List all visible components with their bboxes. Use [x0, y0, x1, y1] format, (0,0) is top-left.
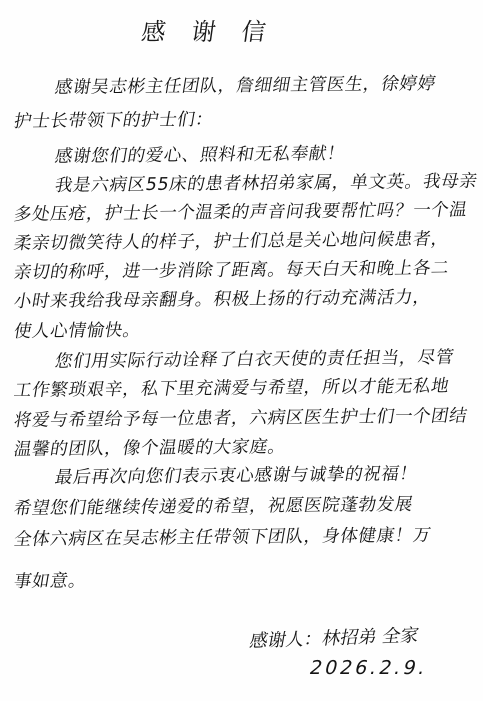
letter-line-14: 最后再次向您们表示衷心感谢与诚挚的祝福！	[53, 464, 419, 488]
letter-line-11: 工作繁琐艰辛，私下里充满爱与希望，所以才能无私地	[12, 376, 451, 401]
letter-line-4: 我是六病区55床的患者林招弟家属，单文英。我母亲	[53, 172, 479, 196]
signature-date: 2026.2.9.	[307, 657, 430, 679]
letter-line-8: 小时来我给我母亲翻身。积极上扬的行动充满活力，	[12, 288, 432, 312]
letter-line-10: 您们用实际行动诠释了白衣天使的责任担当，尽管	[53, 348, 455, 372]
letter-line-6: 柔亲切微笑待人的样子，护士们总是关心地问候患者，	[12, 229, 451, 254]
letter-line-17: 事如意。	[12, 571, 88, 592]
letter-title: 感谢信	[140, 12, 295, 47]
letter-line-7: 亲切的称呼，进一步消除了距离。每天白天和晚上各二	[12, 258, 451, 283]
letter-line-13: 温馨的团队，像个温暖的大家庭。	[12, 437, 287, 460]
letter-line-12: 将爱与希望给予每一位患者，六病区医生护士们一个团结	[12, 406, 469, 431]
letter-line-5: 多处压疮，护士长一个温柔的声音问我要帮忙吗？一个温	[12, 200, 469, 225]
letter-line-15: 希望您们能继续传递爱的希望，祝愿医院蓬勃发展	[12, 495, 414, 519]
letter-page: 感谢信 感谢吴志彬主任团队，詹细细主管医生，徐婷婷 护士长带领下的护士们： 感谢…	[0, 0, 483, 701]
letter-line-16: 全体六病区在吴志彬主任带领下团队，身体健康！万	[12, 526, 432, 550]
letter-line-1: 感谢吴志彬主任团队，詹细细主管医生，徐婷婷	[53, 74, 437, 98]
letter-line-3: 感谢您们的爱心、照料和无私奉献！	[53, 144, 346, 167]
signature: 感谢人：林招弟 全家	[248, 621, 421, 653]
letter-line-9: 使人心情愉快。	[12, 321, 142, 342]
letter-line-2: 护士长带领下的护士们：	[12, 110, 215, 132]
